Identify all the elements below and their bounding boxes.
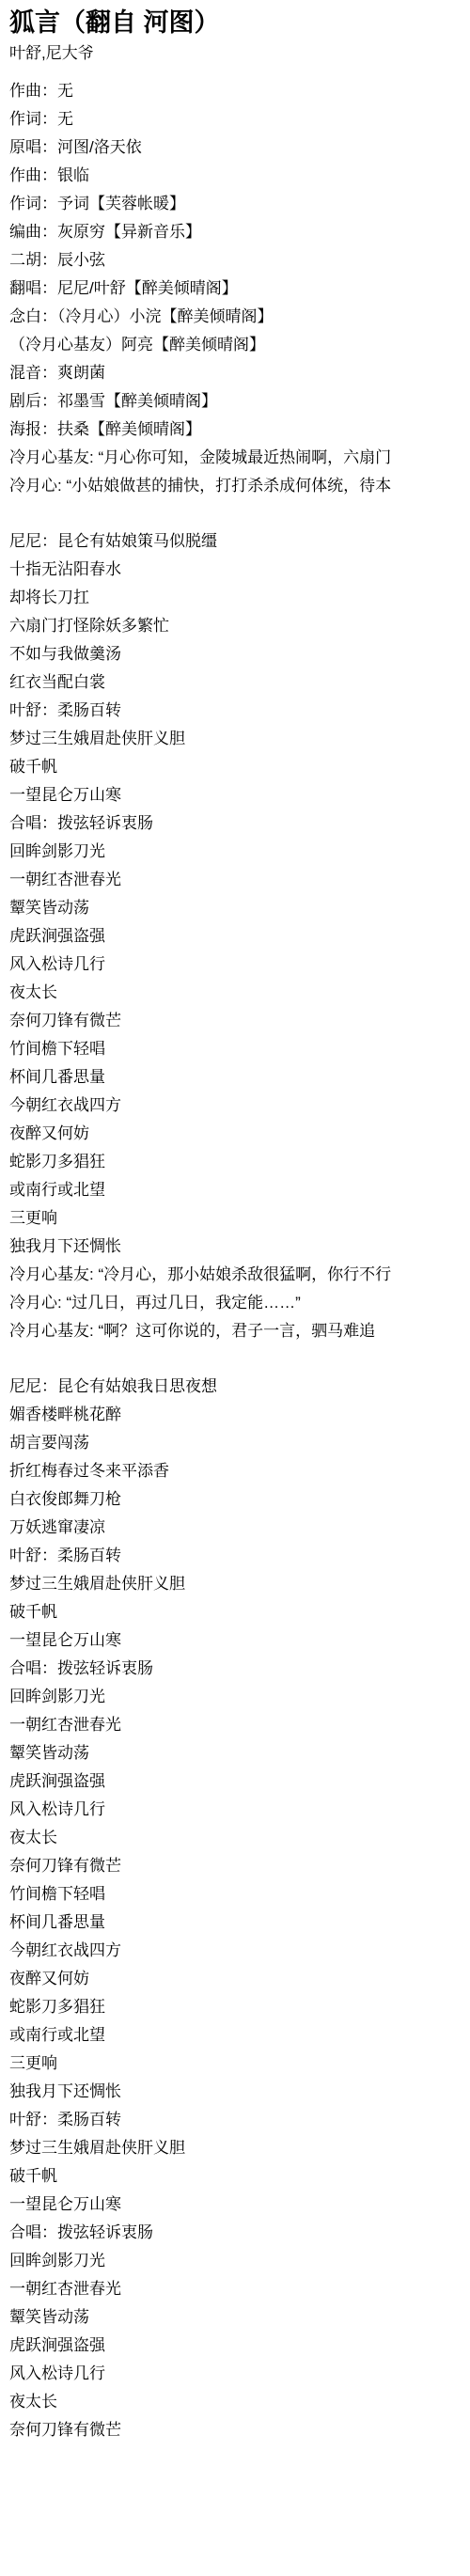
lyric-line: 一朝红杏泄春光 <box>9 2275 470 2303</box>
credit-line: 作曲：无 <box>9 77 470 105</box>
lyric-line: 破千帆 <box>9 1598 470 1626</box>
credit-line: 编曲：灰原穷【异新音乐】 <box>9 218 470 246</box>
lyric-line: 夜醉又何妨 <box>9 1120 470 1148</box>
lyric-line: 梦过三生娥眉赴侠肝义胆 <box>9 1570 470 1598</box>
lyric-line: 风入松诗几行 <box>9 1796 470 1824</box>
credit-line: 翻唱：尼尼/叶舒【醉美倾晴阁】 <box>9 275 470 303</box>
lyric-line: 一朝红杏泄春光 <box>9 866 470 894</box>
lyric-line: 虎跃涧强盗强 <box>9 1767 470 1796</box>
lyric-line: 却将长刀扛 <box>9 584 470 612</box>
lyric-line: 杯间几番思量 <box>9 1908 470 1937</box>
lyric-line: 风入松诗几行 <box>9 2360 470 2388</box>
credit-line: 念白：（冷月心）小浣【醉美倾晴阁】 <box>9 303 470 331</box>
credit-line: 海报：扶桑【醉美倾晴阁】 <box>9 416 470 444</box>
lyric-line: 梦过三生娥眉赴侠肝义胆 <box>9 2134 470 2162</box>
lyric-line: 一朝红杏泄春光 <box>9 1711 470 1739</box>
lyric-line: 奈何刀锋有微芒 <box>9 1852 470 1880</box>
lyric-line: 叶舒：柔肠百转 <box>9 2106 470 2134</box>
lyric-line: 冷月心: “过几日，再过几日，我定能……” <box>9 1289 470 1317</box>
lyric-line: 杯间几番思量 <box>9 1063 470 1092</box>
lyric-line: 冷月心基友: “啊？这可你说的，君子一言，驷马难追 <box>9 1317 470 1345</box>
lyric-line: 回眸剑影刀光 <box>9 838 470 866</box>
lyric-line: 叶舒：柔肠百转 <box>9 697 470 725</box>
artist-names: 叶舒,尼大爷 <box>9 43 470 64</box>
lyric-line: 破千帆 <box>9 2162 470 2191</box>
lyric-line: 夜太长 <box>9 979 470 1007</box>
verse-2-block: 尼尼：昆仑有姑娘我日思夜想 媚香楼畔桃花醉 胡言要闯荡 折红梅春过冬来平添香 白… <box>9 1373 470 2444</box>
credit-line: 作曲：银临 <box>9 162 470 190</box>
lyric-line: 胡言要闯荡 <box>9 1429 470 1457</box>
lyric-line: 折红梅春过冬来平添香 <box>9 1457 470 1485</box>
lyric-line: 竹间檐下轻唱 <box>9 1880 470 1908</box>
lyric-line: 蛇影刀多猖狂 <box>9 1148 470 1176</box>
lyric-line: 或南行或北望 <box>9 2021 470 2050</box>
lyric-line: 白衣俊郎舞刀枪 <box>9 1485 470 1514</box>
lyric-line: 独我月下还惆怅 <box>9 2078 470 2106</box>
lyric-line: 媚香楼畔桃花醉 <box>9 1401 470 1429</box>
credit-line: 作词：无 <box>9 105 470 134</box>
lyric-line: 叶舒：柔肠百转 <box>9 1542 470 1570</box>
lyric-line: 颦笑皆动荡 <box>9 2303 470 2332</box>
lyrics-page: 狐言（翻自 河图） 叶舒,尼大爷 作曲：无 作词：无 原唱：河图/洛天依 作曲：… <box>0 0 470 2576</box>
lyric-line: 一望昆仑万山寒 <box>9 2191 470 2219</box>
lyric-line: 夜太长 <box>9 1824 470 1852</box>
credit-line: 原唱：河图/洛天依 <box>9 134 470 162</box>
lyric-line: 虎跃涧强盗强 <box>9 2332 470 2360</box>
lyric-line: 今朝红衣战四方 <box>9 1092 470 1120</box>
lyric-line: 尼尼：昆仑有姑娘策马似脱缰 <box>9 527 470 556</box>
verse-1-block: 尼尼：昆仑有姑娘策马似脱缰 十指无沾阳春水 却将长刀扛 六扇门打怪除妖多繁忙 不… <box>9 527 470 1345</box>
lyric-line: 破千帆 <box>9 753 470 781</box>
lyric-line: 夜醉又何妨 <box>9 1965 470 1993</box>
lyric-line: 三更响 <box>9 2050 470 2078</box>
lyric-line: 虎跃涧强盗强 <box>9 922 470 950</box>
lyric-line: 今朝红衣战四方 <box>9 1937 470 1965</box>
lyric-line: 竹间檐下轻唱 <box>9 1035 470 1063</box>
credit-line: 二胡：辰小弦 <box>9 246 470 275</box>
lyric-line: 奈何刀锋有微芒 <box>9 1007 470 1035</box>
lyric-line: 或南行或北望 <box>9 1176 470 1204</box>
lyric-line: 独我月下还惆怅 <box>9 1233 470 1261</box>
lyric-line: 奈何刀锋有微芒 <box>9 2416 470 2444</box>
lyric-line: 颦笑皆动荡 <box>9 894 470 922</box>
lyric-line: 合唱：拨弦轻诉衷肠 <box>9 1655 470 1683</box>
credit-line: 冷月心基友: “月心你可知，金陵城最近热闹啊，六扇门 <box>9 444 470 472</box>
lyric-line: 合唱：拨弦轻诉衷肠 <box>9 809 470 838</box>
credits-block: 作曲：无 作词：无 原唱：河图/洛天依 作曲：银临 作词：予词【芙蓉帐暖】 编曲… <box>9 77 470 500</box>
lyric-line: 尼尼：昆仑有姑娘我日思夜想 <box>9 1373 470 1401</box>
song-title: 狐言（翻自 河图） <box>9 8 470 38</box>
lyric-line: 风入松诗几行 <box>9 950 470 979</box>
lyric-line: 红衣当配白裳 <box>9 668 470 697</box>
credit-line: （冷月心基友）阿亮【醉美倾晴阁】 <box>9 331 470 359</box>
lyric-line: 一望昆仑万山寒 <box>9 781 470 809</box>
lyric-line: 十指无沾阳春水 <box>9 556 470 584</box>
lyric-line: 蛇影刀多猖狂 <box>9 1993 470 2021</box>
lyric-line: 三更响 <box>9 1204 470 1233</box>
credit-line: 混音：爽朗菌 <box>9 359 470 387</box>
lyric-line: 六扇门打怪除妖多繁忙 <box>9 612 470 640</box>
lyric-line: 冷月心基友: “冷月心，那小姑娘杀敌很猛啊，你行不行 <box>9 1261 470 1289</box>
lyric-line: 一望昆仑万山寒 <box>9 1626 470 1655</box>
lyric-line: 万妖逃窜凄凉 <box>9 1514 470 1542</box>
lyric-line: 合唱：拨弦轻诉衷肠 <box>9 2219 470 2247</box>
credit-line: 作词：予词【芙蓉帐暖】 <box>9 190 470 218</box>
lyric-line: 梦过三生娥眉赴侠肝义胆 <box>9 725 470 753</box>
credit-line: 剧后：祁墨雪【醉美倾晴阁】 <box>9 387 470 416</box>
lyric-line: 颦笑皆动荡 <box>9 1739 470 1767</box>
lyric-line: 不如与我做羹汤 <box>9 640 470 668</box>
lyric-line: 回眸剑影刀光 <box>9 1683 470 1711</box>
lyric-line: 夜太长 <box>9 2388 470 2416</box>
credit-line: 冷月心: “小姑娘做甚的捕快，打打杀杀成何体统，待本 <box>9 472 470 500</box>
lyric-line: 回眸剑影刀光 <box>9 2247 470 2275</box>
